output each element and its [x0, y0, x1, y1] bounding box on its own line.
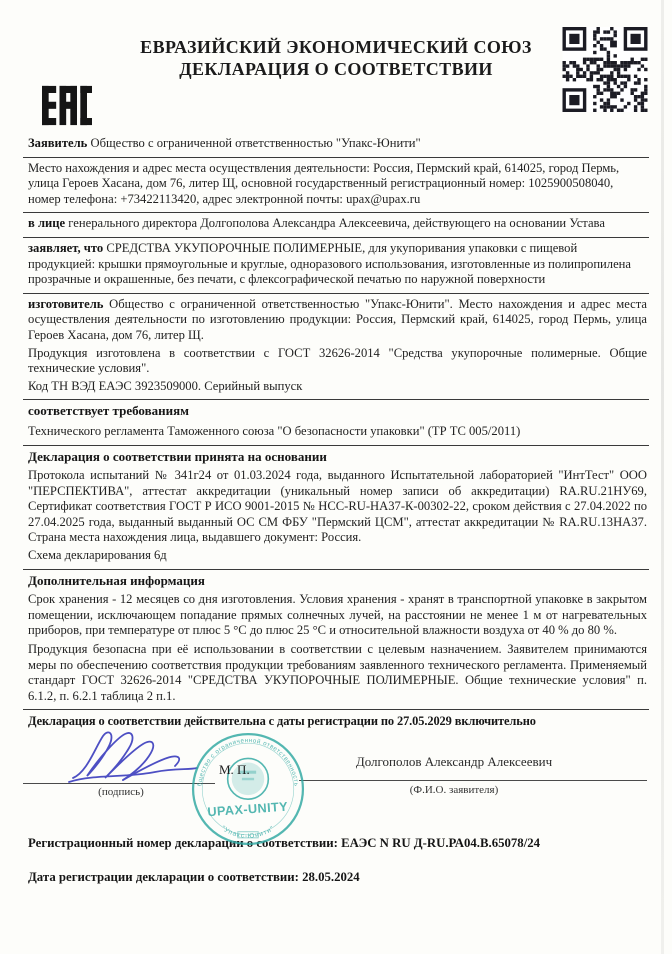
safety-text: Продукция безопасна при её использовании…	[28, 642, 647, 704]
registration-number-value: ЕАЭС N RU Д-RU.РА04.В.65078/24	[341, 836, 540, 850]
product-description: СРЕДСТВА УКУПОРОЧНЫЕ ПОЛИМЕРНЫЕ, для уку…	[28, 241, 631, 286]
applicant-label: Заявитель	[28, 136, 87, 150]
manufacturer-label: изготовитель	[28, 297, 103, 311]
registration-date-line: Дата регистрации декларации о соответств…	[23, 870, 649, 886]
stamp-center-text: UPAX-UNITY	[207, 799, 289, 820]
in-person-value: генерального директора Долгополова Алекс…	[68, 216, 605, 230]
name-caption: (Ф.И.О. заявителя)	[354, 783, 554, 799]
scan-edge-artifact	[661, 0, 664, 954]
address-text: Место нахождения и адрес места осуществл…	[28, 161, 647, 208]
in-person-label: в лице	[28, 216, 65, 230]
signature-caption: (подпись)	[61, 785, 181, 801]
stamp-place-note: М. П.	[219, 762, 250, 778]
additional-info-section: Дополнительная информация Срок хранения …	[23, 570, 649, 710]
applicant-value: Общество с ограниченной ответственностью…	[90, 136, 420, 150]
declares-label: заявляет, что	[28, 241, 103, 255]
declares-section: заявляет, что СРЕДСТВА УКУПОРОЧНЫЕ ПОЛИМ…	[23, 238, 649, 293]
compliance-section: соответствует требованиям Технического р…	[23, 400, 649, 444]
manufacturer-section: изготовитель Общество с ограниченной отв…	[23, 294, 649, 400]
declaration-scheme-text: Схема декларирования 6д	[28, 548, 647, 564]
registration-number-line: Регистрационный номер декларации о соотв…	[23, 836, 649, 852]
storage-conditions-text: Срок хранения - 12 месяцев со дня изгото…	[28, 592, 647, 639]
handwritten-signature	[63, 728, 213, 786]
name-line	[299, 780, 647, 781]
address-section: Место нахождения и адрес места осуществл…	[23, 158, 649, 213]
eac-mark-icon	[42, 84, 92, 127]
basis-section: Декларация о соответствии принята на осн…	[23, 446, 649, 569]
tn-ved-code-text: Код ТН ВЭД ЕАЭС 3923509000. Серийный вып…	[28, 379, 647, 395]
signature-area: (подпись) Общество с ограниченной ответс…	[23, 736, 649, 824]
registration-date-label: Дата регистрации декларации о соответств…	[28, 870, 299, 884]
basis-heading: Декларация о соответствии принята на осн…	[28, 449, 647, 465]
applicant-section: Заявитель Общество с ограниченной ответс…	[23, 133, 649, 157]
compliance-text: Технического регламента Таможенного союз…	[28, 424, 647, 440]
applicant-full-name: Долгополов Александр Алексеевич	[289, 754, 619, 770]
registration-date-value: 28.05.2024	[302, 870, 360, 884]
made-per-gost-text: Продукция изготовлена в соответствии с Г…	[28, 346, 647, 377]
compliance-heading: соответствует требованиям	[28, 403, 647, 419]
in-person-section: в лице генерального директора Долгополов…	[23, 213, 649, 237]
qr-code	[561, 27, 649, 112]
registration-number-label: Регистрационный номер декларации о соотв…	[28, 836, 338, 850]
basis-text: Протокола испытаний № 341г24 от 01.03.20…	[28, 468, 647, 546]
additional-info-heading: Дополнительная информация	[28, 573, 647, 589]
document-body: Заявитель Общество с ограниченной ответс…	[23, 133, 649, 885]
declaration-document: ЕВРАЗИЙСКИЙ ЭКОНОМИЧЕСКИЙ СОЮЗ ДЕКЛАРАЦИ…	[0, 0, 672, 954]
manufacturer-value: Общество с ограниченной ответственностью…	[28, 297, 647, 342]
